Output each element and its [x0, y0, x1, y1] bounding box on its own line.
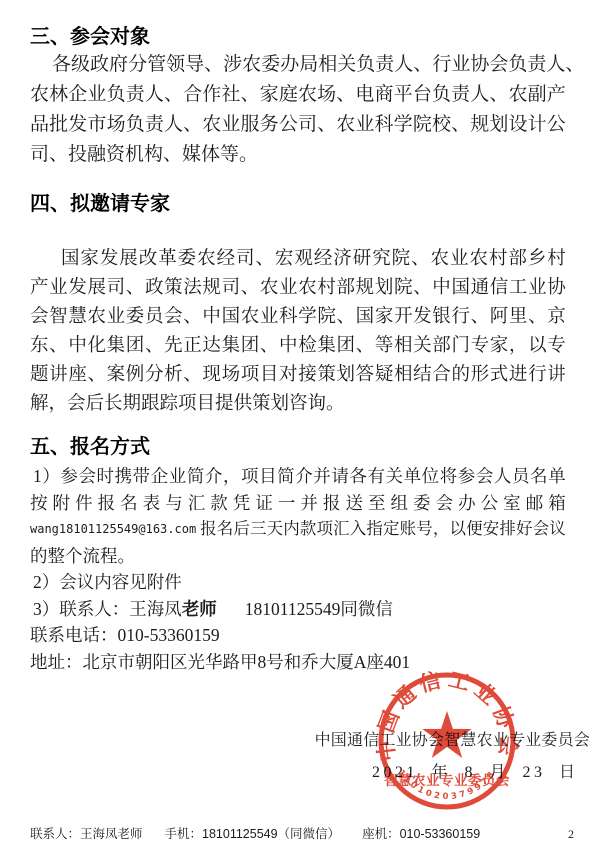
paragraph: 国家发展改革委农经司、宏观经济研究院、农业农村部乡村 产业发展司、政策法规司、农… [30, 245, 566, 419]
section-heading: 四、拟邀请专家 [30, 191, 566, 217]
registration-item-1-email-line: wang18101125549@163.com 报名后三天内款项汇入指定账号，以… [30, 516, 566, 543]
footer-mobile: 手机：18101125549（同微信） [165, 824, 341, 842]
paragraph: 各级政府分管领导、涉农委办局相关负责人、行业协会负责人、 农林企业负责人、合作社… [30, 50, 566, 170]
paragraph-line: 司、投融资机构、媒体等。 [30, 140, 566, 170]
signature-date: 2021 年 8 月 23 日 [372, 759, 579, 782]
registration-item-1-end: 的整个流程。 [30, 543, 566, 570]
paragraph-line: 品批发市场负责人、农业服务公司、农业科学院校、规划设计公 [30, 110, 566, 140]
paragraph-line: 报名后三天内款项汇入指定账号，以便安排好会议 [200, 516, 566, 543]
registration-item-1-cont: 按附件报名表与汇款凭证一并报送至组委会办公室邮箱 [30, 490, 566, 517]
section-invited-experts: 四、拟邀请专家 国家发展改革委农经司、宏观经济研究院、农业农村部乡村 产业发展司… [30, 191, 566, 419]
registration-item-3: 3）联系人：王海凤老师18101125549同微信 [30, 596, 566, 623]
paragraph-line: 农林企业负责人、合作社、家庭农场、电商平台负责人、农副产 [30, 80, 566, 110]
registration-item-1: 1）参会时携带企业简介，项目简介并请各有关单位将参会人员名单 [30, 463, 566, 490]
page-footer: 联系人：王海凤老师 手机：18101125549（同微信） 座机：010-533… [30, 824, 574, 842]
phone-line: 联系电话：010-53360159 [30, 622, 566, 649]
paragraph-line: 解，会后长期跟踪项目提供策划咨询。 [30, 390, 566, 419]
footer-contact: 联系人：王海凤老师 [30, 824, 143, 842]
section-heading: 三、参会对象 [30, 24, 566, 50]
email-address: wang18101125549@163.com [30, 516, 196, 543]
contact-prefix: 3）联系人：王海凤 [33, 599, 182, 619]
paragraph: 1）参会时携带企业简介，项目简介并请各有关单位将参会人员名单 按附件报名表与汇款… [30, 463, 566, 675]
paragraph-line: 产业发展司、政策法规司、农业农村部规划院、中国通信工业协 [30, 274, 566, 303]
footer-landline: 座机：010-53360159 [362, 824, 480, 842]
contact-title: 老师 [182, 599, 217, 619]
contact-phone: 18101125549同微信 [245, 599, 393, 619]
page-number: 2 [568, 827, 574, 842]
paragraph-line: 各级政府分管领导、涉农委办局相关负责人、行业协会负责人、 [30, 50, 566, 80]
paragraph-line: 国家发展改革委农经司、宏观经济研究院、农业农村部乡村 [30, 245, 566, 274]
address-line: 地址：北京市朝阳区光华路甲8号和乔大厦A座401 [30, 649, 566, 676]
section-heading: 五、报名方式 [30, 434, 566, 460]
signature-organization: 中国通信工业协会智慧农业专业委员会 [315, 727, 590, 750]
section-participants: 三、参会对象 各级政府分管领导、涉农委办局相关负责人、行业协会负责人、 农林企业… [30, 24, 566, 170]
document-page: 三、参会对象 各级政府分管领导、涉农委办局相关负责人、行业协会负责人、 农林企业… [0, 0, 600, 860]
paragraph-line: 会智慧农业委员会、中国农业科学院、国家开发银行、阿里、京 [30, 303, 566, 332]
paragraph-line: 东、中化集团、先正达集团、中检集团、等相关部门专家，以专 [30, 332, 566, 361]
paragraph-line: 题讲座、案例分析、现场项目对接策划答疑相结合的形式进行讲 [30, 361, 566, 390]
section-registration: 五、报名方式 1）参会时携带企业简介，项目简介并请各有关单位将参会人员名单 按附… [30, 434, 566, 675]
registration-item-2: 2）会议内容见附件 [30, 569, 566, 596]
